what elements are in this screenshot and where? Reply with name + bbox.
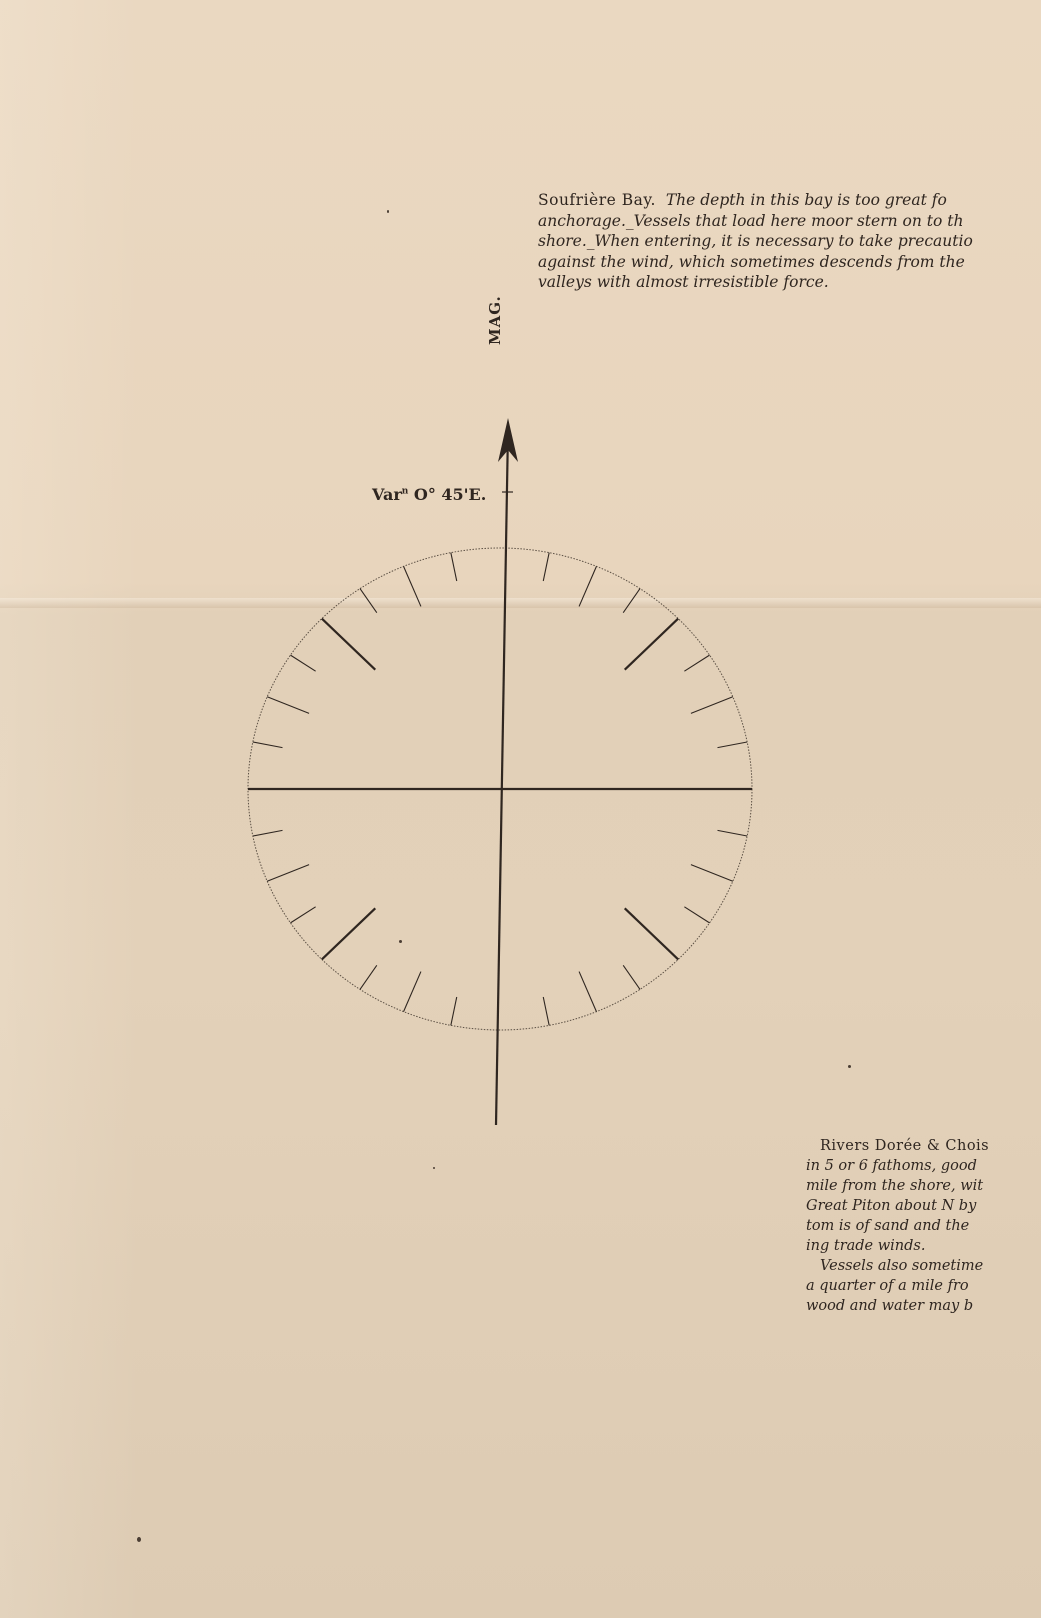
note-line: Great Piton about N by	[806, 1196, 1041, 1216]
compass-minor-tick	[360, 965, 377, 989]
compass-minor-tick	[451, 997, 457, 1025]
note-line: in 5 or 6 fathoms, good	[806, 1156, 1041, 1176]
compass-minor-tick	[290, 907, 315, 923]
note-line: valleys with almost irresistible force.	[538, 272, 1041, 293]
paper-speck	[387, 210, 389, 213]
compass-minor-tick	[579, 972, 596, 1012]
note-rivers-doree: Rivers Dorée & Chois in 5 or 6 fathoms, …	[806, 1136, 1041, 1316]
paper-speck	[433, 1167, 435, 1169]
compass-minor-tick	[451, 553, 457, 581]
compass-minor-tick	[623, 589, 640, 613]
compass-minor-tick	[684, 655, 709, 671]
compass-major-tick	[625, 619, 678, 670]
note-line: against the wind, which sometimes descen…	[538, 252, 1041, 273]
compass-minor-tick	[404, 566, 421, 606]
note-line: anchorage._Vessels that load here moor s…	[538, 211, 1041, 232]
paper-speck	[399, 940, 402, 943]
compass-minor-tick	[543, 553, 549, 581]
compass-major-tick	[625, 908, 678, 959]
compass-minor-tick	[290, 655, 315, 671]
variation-label: Varn O° 45'E.	[372, 485, 486, 504]
compass-major-tick	[322, 908, 375, 959]
note-line: Vessels also sometime	[806, 1256, 1041, 1276]
compass-minor-tick	[253, 742, 283, 748]
note-line: wood and water may b	[806, 1296, 1041, 1316]
paper-speck	[848, 1065, 851, 1068]
magnetic-north-label: MAG.	[486, 285, 510, 345]
compass-minor-tick	[623, 965, 640, 989]
note-line: Soufrière Bay. The depth in this bay is …	[538, 190, 1041, 211]
note-soufriere-bay: Soufrière Bay. The depth in this bay is …	[538, 190, 1041, 293]
paper-speck	[137, 1537, 141, 1542]
compass-minor-tick	[543, 997, 549, 1025]
note-heading: Soufrière Bay.	[538, 191, 656, 209]
compass-minor-tick	[267, 697, 309, 714]
compass-minor-tick	[717, 830, 747, 836]
compass-minor-tick	[691, 865, 733, 882]
compass-minor-tick	[253, 830, 283, 836]
compass-minor-tick	[404, 972, 421, 1012]
note-heading: Rivers Dorée & Chois	[806, 1136, 1041, 1156]
note-line: mile from the shore, wit	[806, 1176, 1041, 1196]
compass-minor-tick	[360, 589, 377, 613]
compass-minor-tick	[717, 742, 747, 748]
compass-minor-tick	[579, 566, 596, 606]
compass-major-tick	[322, 619, 375, 670]
compass-minor-tick	[684, 907, 709, 923]
north-south-line	[496, 430, 508, 1125]
note-line: ing trade winds.	[806, 1236, 1041, 1256]
note-line: shore._When entering, it is necessary to…	[538, 231, 1041, 252]
note-line: tom is of sand and the	[806, 1216, 1041, 1236]
compass-minor-tick	[691, 697, 733, 714]
compass-minor-tick	[267, 865, 309, 882]
note-line: a quarter of a mile fro	[806, 1276, 1041, 1296]
